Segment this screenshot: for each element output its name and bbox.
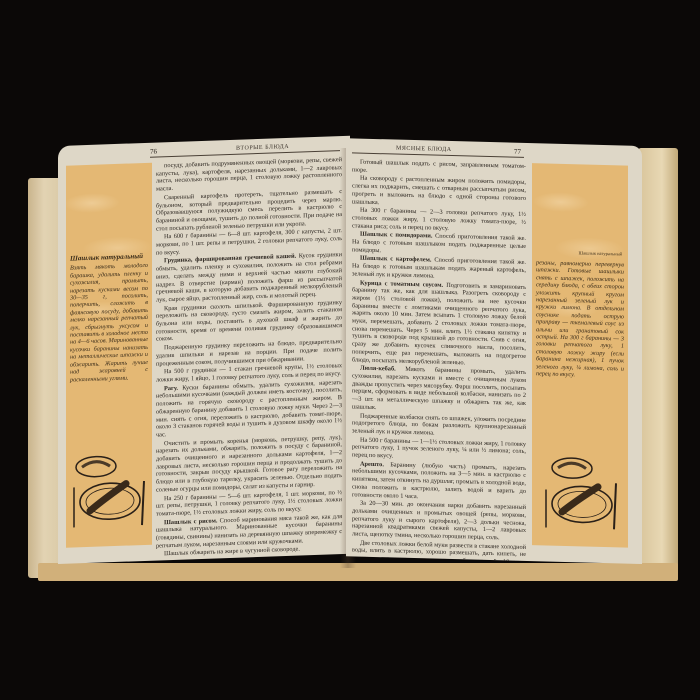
paragraph: посуду, добавить подрумяненных овощей (м… (156, 156, 342, 193)
paragraph: Две столовых ложки белой муки развести в… (352, 539, 526, 564)
recipe-tomato-sauce: Курица с томатным соусом. Подготовить и … (352, 279, 526, 368)
left-page-body: посуду, добавить подрумяненных овощей (м… (156, 156, 342, 560)
sidebar-body: резаны, равномерно перевернув шпажки. Го… (536, 259, 624, 380)
sidebar-panel: Шашлык натуральный резаны, равномерно пе… (532, 163, 628, 548)
paragraph: Очистить и промыть коренья (морковь, пет… (156, 434, 342, 494)
plated-shashlik-illustration-icon (70, 445, 148, 544)
recipe-shashlik-potatoes: Шашлык с картофелем. Способ приготовлени… (352, 255, 526, 283)
paragraph: Сваренный картофель протереть, тщательно… (156, 188, 342, 233)
sidebar-body: Взять мякоть молодого барашка, удалить п… (70, 262, 148, 383)
sidebar-title: Шашлык натуральный (70, 253, 148, 263)
recipe-areshto: Арешто. Баранину (любую часть) промыть, … (352, 460, 526, 503)
sidebar-panel: Шашлык натуральный Взять мякоть молодого… (66, 163, 152, 548)
recipe-ragu: Рагу. Куски баранины обмыть, удалить сух… (156, 379, 342, 439)
recipe-heading: Арешто. (360, 460, 384, 468)
recipe-grudinka: Грудинка, фаршированная гречневой кашей.… (156, 252, 342, 305)
header-rule (352, 152, 524, 158)
running-head: ВТОРЫЕ БЛЮДА (236, 144, 289, 152)
recipe-heading: Люля-кебаб. (360, 365, 396, 373)
recipe-shashlik-rice: Шашлык с рисом. Способ маринования мяса … (156, 513, 342, 550)
paragraph: Поджаренные колбаски снять со шпажек, ул… (352, 412, 526, 440)
recipe-lyulya-kebab: Люля-кебаб. Мякоть баранины промыть, уда… (352, 365, 526, 416)
page-number: 77 (514, 148, 521, 156)
book-cover-edge (38, 563, 678, 581)
paragraph: На 300 г баранины — 2—3 головки репчатог… (352, 207, 526, 235)
right-page: МЯСНЫЕ БЛЮДА 77 Готовый шашлык подать с … (346, 138, 642, 564)
plated-shashlik-illustration-icon (542, 445, 620, 543)
right-page-body: Готовый шашлык подать с рисом, заправлен… (352, 158, 526, 564)
right-page-stack-edge (638, 148, 678, 568)
left-page: 76 ВТОРЫЕ БЛЮДА Шашлык натуральный Взять… (58, 136, 350, 564)
paragraph: За 20—30 мин. до окончания варки добавит… (352, 500, 526, 543)
paragraph: Края грудинки сколоть шпилькой. Фарширов… (156, 299, 342, 344)
paragraph: На сковороду с растопленным жиром положи… (352, 175, 526, 210)
running-head: МЯСНЫЕ БЛЮДА (396, 146, 452, 153)
open-cookbook: 76 ВТОРЫЕ БЛЮДА Шашлык натуральный Взять… (28, 138, 678, 578)
page-number: 76 (150, 148, 157, 156)
sidebar-recipe: Шашлык натуральный Взять мякоть молодого… (70, 253, 148, 384)
recipe-heading: Рагу. (164, 384, 178, 391)
recipe-shashlik-tomatoes: Шашлык с помидорами. Способ приготовлени… (352, 231, 526, 259)
paragraph: На 500 г баранины — 1—1½ столовых ложки … (352, 436, 526, 464)
